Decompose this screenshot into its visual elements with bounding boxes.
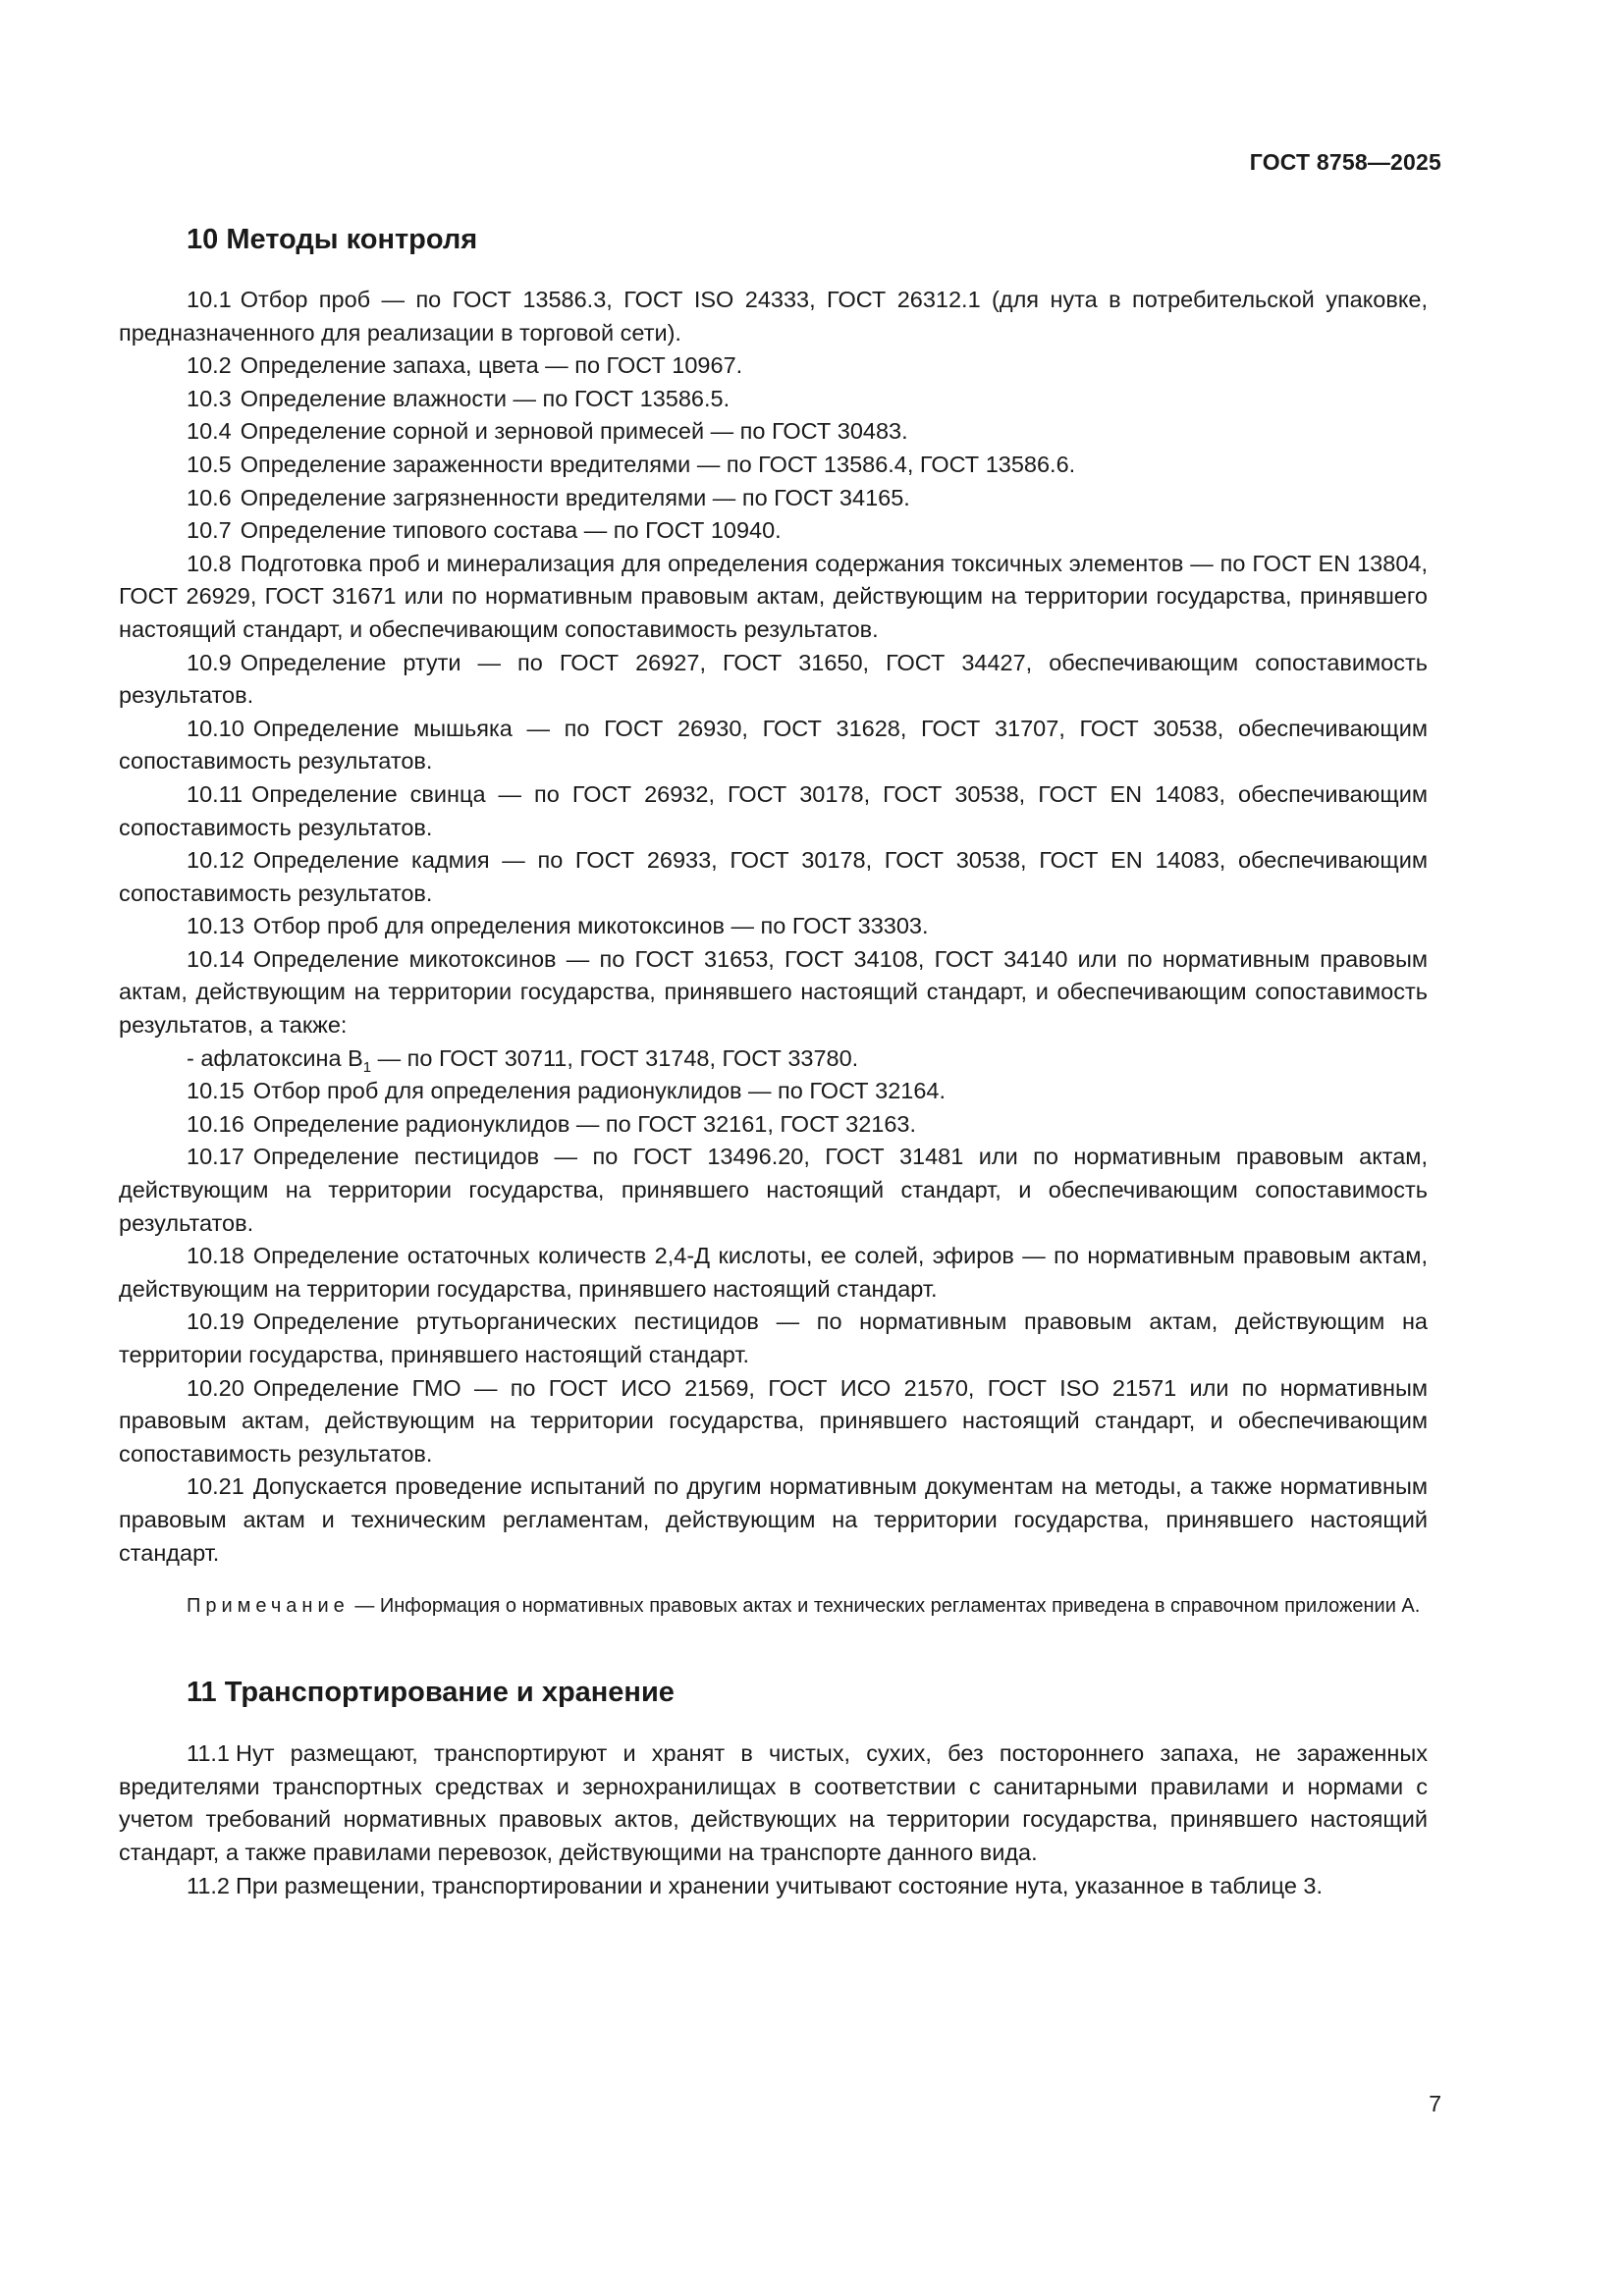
page-content: 10 Методы контроля 10.1Отбор проб — по Г…: [119, 222, 1428, 1902]
clause-number: 10.12: [187, 847, 244, 873]
clause-10-8: 10.8Подготовка проб и минерализация для …: [119, 548, 1428, 647]
clause-text: Нут размещают, транспортируют и хранят в…: [119, 1740, 1428, 1865]
clause-number: 10.20: [187, 1375, 244, 1401]
section-heading-transport-storage: 11 Транспортирование и хранение: [119, 1675, 1428, 1710]
bullet-text: - афлатоксина B: [187, 1045, 363, 1071]
note-label: Примечание: [187, 1595, 350, 1617]
clause-text: Определение остаточных количеств 2,4-Д к…: [119, 1243, 1428, 1302]
clause-number: 10.3: [187, 386, 232, 411]
clause-text: Подготовка проб и минерализация для опре…: [119, 551, 1428, 642]
clause-number: 10.17: [187, 1144, 244, 1169]
clause-number: 11.2: [187, 1873, 230, 1898]
clause-10-17: 10.17Определение пестицидов — по ГОСТ 13…: [119, 1141, 1428, 1240]
clause-10-4: 10.4Определение сорной и зерновой примес…: [119, 415, 1428, 449]
clause-number: 10.4: [187, 418, 232, 444]
clause-10-19: 10.19Определение ртутьорганических пести…: [119, 1306, 1428, 1371]
clause-10-11: 10.11Определение свинца — по ГОСТ 26932,…: [119, 778, 1428, 844]
section-10-items: 10.1Отбор проб — по ГОСТ 13586.3, ГОСТ I…: [119, 284, 1428, 1620]
clause-text: Определение ртутьорганических пестицидов…: [119, 1308, 1428, 1367]
note: Примечание — Информация о нормативных пр…: [119, 1592, 1428, 1620]
clause-text: Определение микотоксинов — по ГОСТ 31653…: [119, 946, 1428, 1038]
clause-10-15: 10.15Отбор проб для определения радионук…: [119, 1075, 1428, 1108]
page-number: 7: [1429, 2091, 1441, 2117]
clause-number: 10.10: [187, 716, 244, 741]
clause-11-1: 11.1Нут размещают, транспортируют и хран…: [119, 1737, 1428, 1869]
clause-number: 10.7: [187, 517, 232, 543]
clause-text: Определение типового состава — по ГОСТ 1…: [241, 517, 782, 543]
clause-number: 10.8: [187, 551, 232, 576]
clause-10-12: 10.12Определение кадмия — по ГОСТ 26933,…: [119, 844, 1428, 910]
clause-text: Определение влажности — по ГОСТ 13586.5.: [241, 386, 730, 411]
section-11-items: 11.1Нут размещают, транспортируют и хран…: [119, 1737, 1428, 1902]
document-code-header: ГОСТ 8758—2025: [1250, 149, 1441, 176]
clause-text: Отбор проб для определения радионуклидов…: [253, 1078, 946, 1103]
note-text: — Информация о нормативных правовых акта…: [350, 1595, 1421, 1617]
clause-10-1: 10.1Отбор проб — по ГОСТ 13586.3, ГОСТ I…: [119, 284, 1428, 349]
clause-text: Определение зараженности вредителями — п…: [241, 452, 1075, 477]
clause-text: Определение радионуклидов — по ГОСТ 3216…: [253, 1111, 916, 1137]
clause-text: Определение запаха, цвета — по ГОСТ 1096…: [241, 352, 742, 378]
clause-number: 10.1: [187, 287, 232, 312]
clause-text: Определение мышьяка — по ГОСТ 26930, ГОС…: [119, 716, 1428, 774]
clause-text: Отбор проб — по ГОСТ 13586.3, ГОСТ ISO 2…: [119, 287, 1428, 346]
bullet-text-suffix: — по ГОСТ 30711, ГОСТ 31748, ГОСТ 33780.: [371, 1045, 858, 1071]
aflatoxin-bullet: - афлатоксина B1 — по ГОСТ 30711, ГОСТ 3…: [119, 1042, 1428, 1076]
clause-number: 10.13: [187, 913, 244, 938]
clause-10-14: 10.14Определение микотоксинов — по ГОСТ …: [119, 943, 1428, 1042]
clause-10-21: 10.21Допускается проведение испытаний по…: [119, 1470, 1428, 1570]
clause-number: 10.21: [187, 1473, 244, 1499]
clause-text: Определение ГМО — по ГОСТ ИСО 21569, ГОС…: [119, 1375, 1428, 1467]
clause-10-20: 10.20Определение ГМО — по ГОСТ ИСО 21569…: [119, 1372, 1428, 1471]
clause-number: 10.18: [187, 1243, 244, 1268]
clause-number: 11.1: [187, 1740, 230, 1766]
clause-10-18: 10.18Определение остаточных количеств 2,…: [119, 1240, 1428, 1306]
clause-number: 10.9: [187, 650, 232, 675]
clause-text: При размещении, транспортировании и хран…: [236, 1873, 1323, 1898]
clause-10-3: 10.3Определение влажности — по ГОСТ 1358…: [119, 383, 1428, 416]
clause-text: Отбор проб для определения микотоксинов …: [253, 913, 929, 938]
clause-number: 10.15: [187, 1078, 244, 1103]
clause-10-10: 10.10Определение мышьяка — по ГОСТ 26930…: [119, 713, 1428, 778]
clause-10-16: 10.16Определение радионуклидов — по ГОСТ…: [119, 1108, 1428, 1142]
clause-text: Определение свинца — по ГОСТ 26932, ГОСТ…: [119, 781, 1428, 840]
clause-10-5: 10.5Определение зараженности вредителями…: [119, 449, 1428, 482]
clause-text: Определение загрязненности вредителями —…: [241, 485, 910, 510]
clause-number: 10.6: [187, 485, 232, 510]
clause-number: 10.16: [187, 1111, 244, 1137]
clause-text: Определение ртути — по ГОСТ 26927, ГОСТ …: [119, 650, 1428, 709]
clause-11-2: 11.2При размещении, транспортировании и …: [119, 1870, 1428, 1903]
section-heading-control-methods: 10 Методы контроля: [119, 222, 1428, 257]
clause-number: 10.11: [187, 781, 243, 807]
clause-number: 10.5: [187, 452, 232, 477]
clause-10-6: 10.6Определение загрязненности вредителя…: [119, 482, 1428, 515]
clause-number: 10.14: [187, 946, 244, 972]
clause-10-9: 10.9Определение ртути — по ГОСТ 26927, Г…: [119, 647, 1428, 713]
clause-text: Допускается проведение испытаний по друг…: [119, 1473, 1428, 1565]
clause-text: Определение кадмия — по ГОСТ 26933, ГОСТ…: [119, 847, 1428, 906]
clause-10-2: 10.2Определение запаха, цвета — по ГОСТ …: [119, 349, 1428, 383]
clause-number: 10.2: [187, 352, 232, 378]
clause-text: Определение пестицидов — по ГОСТ 13496.2…: [119, 1144, 1428, 1235]
clause-number: 10.19: [187, 1308, 244, 1334]
clause-10-7: 10.7Определение типового состава — по ГО…: [119, 514, 1428, 548]
clause-text: Определение сорной и зерновой примесей —…: [241, 418, 908, 444]
clause-10-13: 10.13Отбор проб для определения микотокс…: [119, 910, 1428, 943]
bullet-subscript: 1: [363, 1059, 371, 1076]
